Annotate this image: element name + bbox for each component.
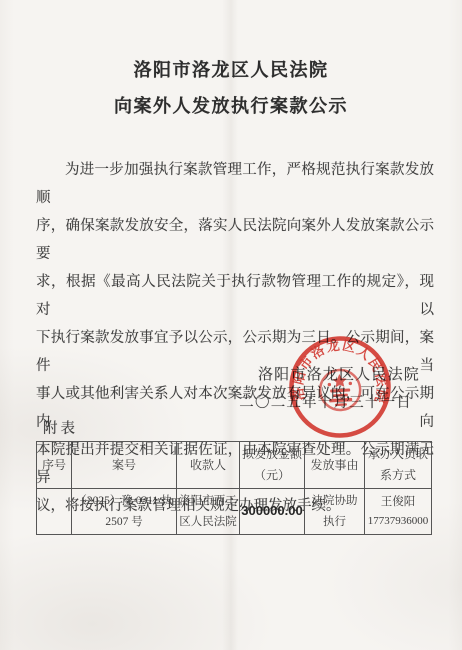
- cell-case-no: （2025）豫 0311 执 2507 号: [72, 489, 177, 535]
- contact-name: 王俊阳: [366, 492, 430, 513]
- header-contact: 承办人员联系方式: [365, 442, 432, 489]
- header-case-no: 案号: [72, 442, 177, 489]
- court-notice-page: 洛阳市洛龙区人民法院 向案外人发放执行案款公示 为进一步加强执行案款管理工作，严…: [0, 0, 462, 650]
- body-line: 求，根据《最高人民法院关于执行款物管理工作的规定》，现对以: [36, 268, 434, 324]
- cell-contact: 王俊阳 17737936000: [365, 489, 432, 535]
- cell-reason: 法院协助执行: [305, 489, 365, 535]
- cell-payee: 洛阳市西工区人民法院: [177, 489, 240, 535]
- cell-amount: 300000.00: [240, 489, 305, 535]
- body-line: 为进一步加强执行案款管理工作，严格规范执行案款发放顺: [36, 156, 434, 212]
- body-line: 序，确保案款发放安全，落实人民法院向案外人发放案款公示要: [36, 212, 434, 268]
- header-amount: 拟发放金额（元）: [240, 442, 305, 489]
- header-reason: 发放事由: [305, 442, 365, 489]
- header-payee: 收款人: [177, 442, 240, 489]
- page-title-court-name: 洛阳市洛龙区人民法院: [0, 56, 462, 82]
- attachment-label: 附表: [43, 417, 78, 438]
- case-funds-table: 序号 案号 收款人 拟发放金额（元） 发放事由 承办人员联系方式 （2025）豫…: [36, 441, 432, 535]
- page-title-notice-name: 向案外人发放执行案款公示: [0, 92, 462, 118]
- contact-phone: 17737936000: [366, 513, 430, 531]
- signature-court-name: 洛阳市洛龙区人民法院: [258, 363, 420, 384]
- signature-date: 二〇二五年十月三十一日: [239, 391, 412, 412]
- table-header-row: 序号 案号 收款人 拟发放金额（元） 发放事由 承办人员联系方式: [37, 442, 432, 489]
- cell-seq: [37, 489, 72, 535]
- table-row: （2025）豫 0311 执 2507 号 洛阳市西工区人民法院 300000.…: [37, 489, 432, 535]
- header-seq: 序号: [37, 442, 72, 489]
